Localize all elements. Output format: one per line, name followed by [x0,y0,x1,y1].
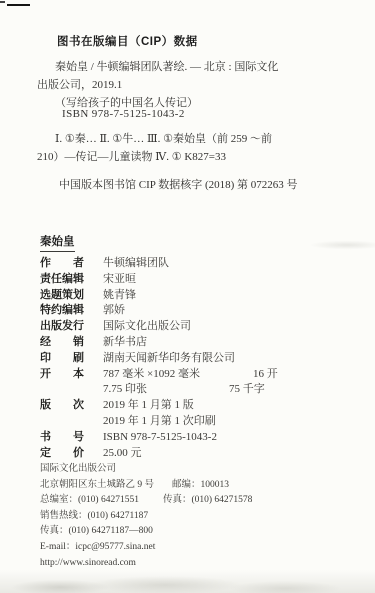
cip-class-line1: Ⅰ. ①秦… Ⅱ. ①牛… Ⅲ. ①秦始皇（前 259 ～前 [37,131,349,149]
row-label: 出版发行 [40,319,103,335]
colophon-row-topic-planner: 选题策划 姚青锋 [40,288,360,304]
book-title: 秦始皇 [40,233,75,252]
row-label: 开 本 [40,367,103,383]
colophon-row-format: 开 本 787 毫米 ×1092 毫米 16 开 [40,367,360,383]
row-label: 版 次 [40,398,103,414]
row-value: 国际文化出版公司 [103,319,191,335]
row-value-extra: 16 开 [253,367,278,383]
row-value: ISBN 978-7-5125-1043-2 [103,430,217,446]
row-value: 787 毫米 ×1092 毫米 [103,367,239,383]
row-value: 姚青锋 [103,288,136,304]
colophon-row-author: 作 者 牛顿编辑团队 [40,256,360,272]
fax-number-2: 传真：(010) 64271187—800 [40,524,360,540]
row-label: 经 销 [40,335,103,351]
colophon-row-responsible-editor: 责任编辑 宋亚晅 [40,272,360,288]
copyright-page: 图书在版编目（CIP）数据 秦始皇 / 牛顿编辑团队著绘. — 北京 : 国际文… [0,0,375,593]
row-value: 2019 年 1 月第 1 次印刷 [103,414,216,430]
row-label [40,414,103,430]
cip-record-line1: 秦始皇 / 牛顿编辑团队著绘. — 北京 : 国际文化 [37,59,349,77]
row-value: 2019 年 1 月第 1 版 [103,398,194,414]
row-label: 书 号 [40,430,103,446]
publisher-name: 国际文化出版公司 [40,462,360,478]
scan-corner-mark [7,4,30,6]
publisher-website: http://www.sinoread.com [40,556,360,572]
publisher-phone-line: 总编室：(010) 64271551传真：(010) 64271578 [40,493,360,509]
publisher-email: E-mail：icpc@95777.sina.net [40,540,360,556]
cip-class-line2: 210）—传记—儿童读物 Ⅳ. ① K827=33 [37,149,349,167]
row-value: 7.75 印张 [103,382,215,398]
scan-smudge [305,238,375,252]
row-label: 定 价 [40,446,103,462]
row-label: 选题策划 [40,288,103,304]
cip-isbn: ISBN 978-7-5125-1043-2 [62,108,185,120]
row-value-extra: 75 千字 [229,382,265,398]
scan-bottom-shadow [0,570,375,593]
colophon: 作 者 牛顿编辑团队 责任编辑 宋亚晅 选题策划 姚青锋 特约编辑 郭娇 出版发… [40,256,360,461]
colophon-row-isbn: 书 号 ISBN 978-7-5125-1043-2 [40,430,360,446]
colophon-row-publisher: 出版发行 国际文化出版公司 [40,319,360,335]
row-value: 新华书店 [103,335,147,351]
colophon-row-price: 定 价 25.00 元 [40,446,360,462]
colophon-row-printing: 2019 年 1 月第 1 次印刷 [40,414,360,430]
cip-classification: Ⅰ. ①秦… Ⅱ. ①牛… Ⅲ. ①秦始皇（前 259 ～前 210）—传记—儿… [37,131,349,166]
colophon-row-distributor: 经 销 新华书店 [40,335,360,351]
publisher-contact-block: 国际文化出版公司 北京朝阳区东土城路乙 9 号邮编：100013 总编室：(01… [40,462,360,571]
editor-office-phone: 总编室：(010) 64271551 [40,495,139,505]
row-value: 25.00 元 [103,446,142,462]
row-label: 特约编辑 [40,303,103,319]
publisher-postcode: 邮编：100013 [172,480,229,490]
row-value: 湖南天闻新华印务有限公司 [103,351,235,367]
cip-header: 图书在版编目（CIP）数据 [57,33,198,49]
cip-registry-number: 中国版本图书馆 CIP 数据核字 (2018) 第 072263 号 [59,176,298,192]
sales-hotline: 销售热线：(010) 64271187 [40,509,360,525]
colophon-row-contributing-editor: 特约编辑 郭娇 [40,303,360,319]
row-value: 牛顿编辑团队 [103,256,169,272]
row-value: 郭娇 [103,303,125,319]
row-value: 宋亚晅 [103,272,136,288]
cip-record: 秦始皇 / 牛顿编辑团队著绘. — 北京 : 国际文化 出版公司，2019.1 [37,59,349,94]
colophon-row-printer: 印 刷 湖南天闻新华印务有限公司 [40,351,360,367]
row-label: 作 者 [40,256,103,272]
row-label: 印 刷 [40,351,103,367]
colophon-row-sheets: 7.75 印张 75 千字 [40,382,360,398]
scan-edge-mark [0,1,5,3]
row-label: 责任编辑 [40,272,103,288]
publisher-address-line: 北京朝阳区东土城路乙 9 号邮编：100013 [40,478,360,494]
colophon-row-edition: 版 次 2019 年 1 月第 1 版 [40,398,360,414]
cip-record-line2: 出版公司，2019.1 [37,77,349,95]
fax-number: 传真：(010) 64271578 [163,495,252,505]
publisher-address: 北京朝阳区东土城路乙 9 号 [40,480,154,490]
row-label [40,382,103,398]
